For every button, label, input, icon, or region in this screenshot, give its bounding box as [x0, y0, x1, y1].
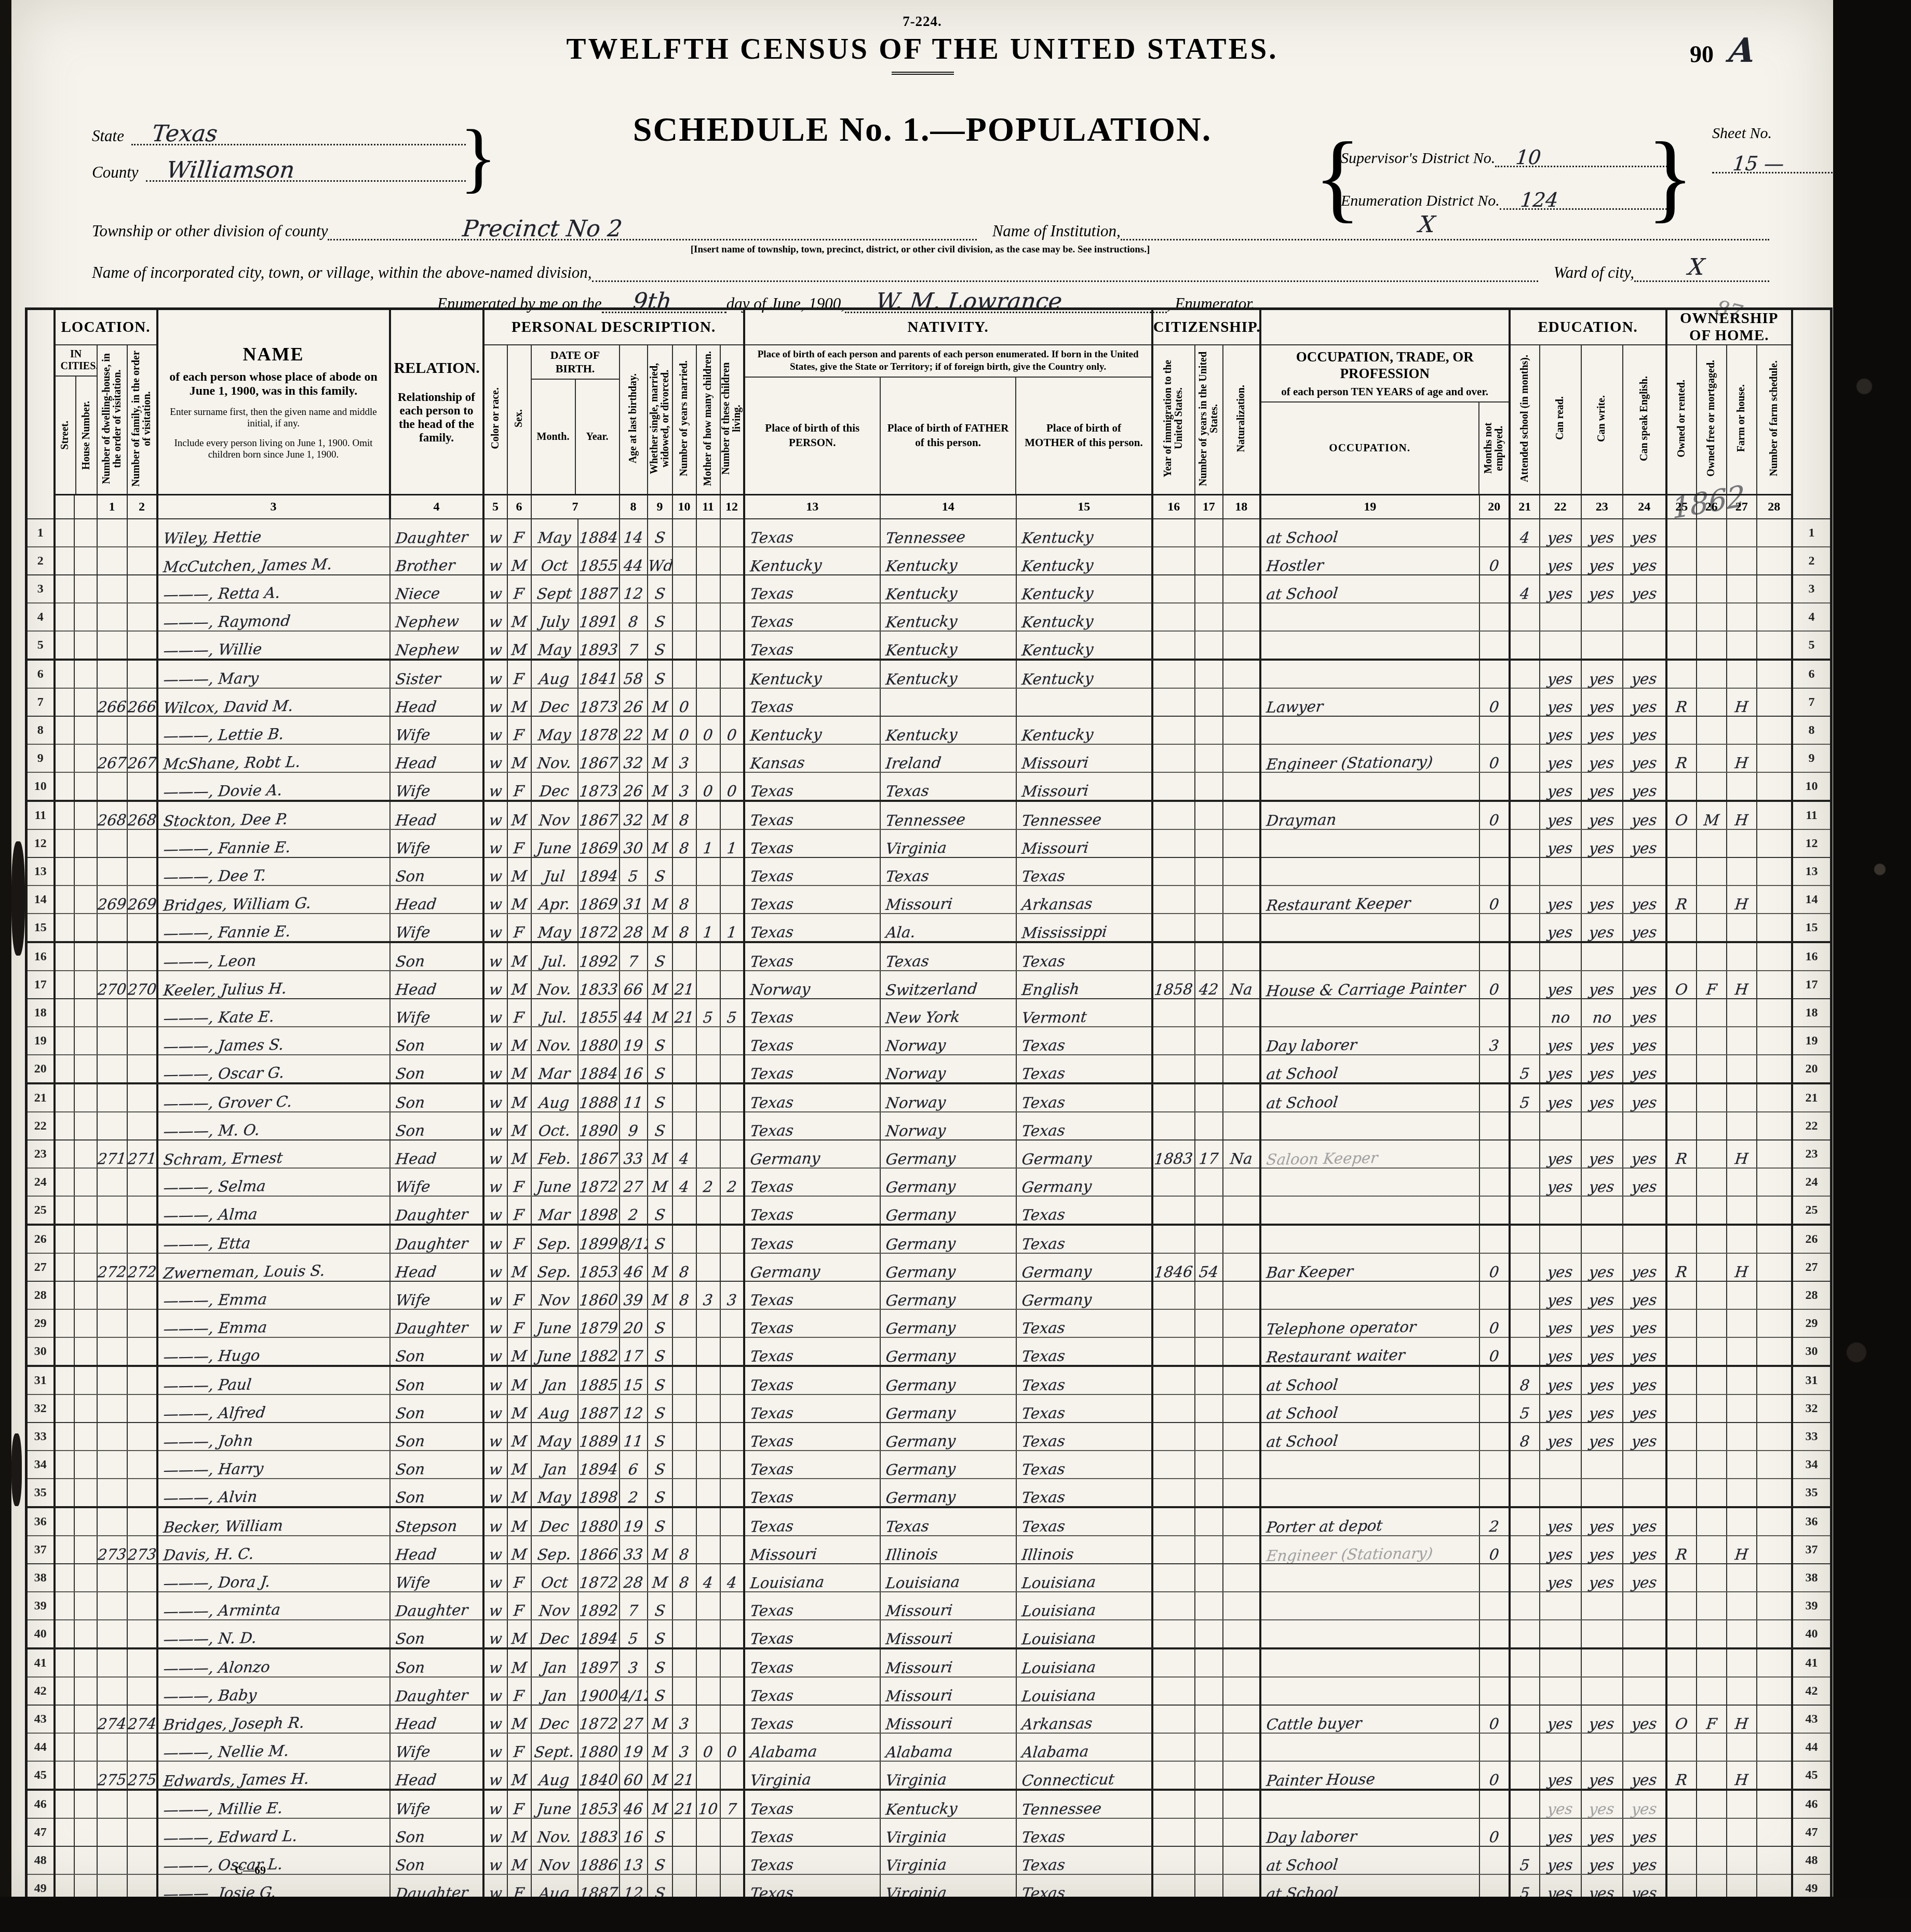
line-number-right: 33	[1792, 1423, 1832, 1451]
cell-pob: Texas	[744, 1648, 880, 1677]
cell-occ	[1260, 914, 1479, 942]
cell-cl	[720, 1253, 744, 1281]
cell-cl	[720, 1592, 744, 1620]
colnum: 28	[1757, 495, 1792, 519]
cell-fh	[1727, 1451, 1757, 1479]
cell-yrs	[1195, 1705, 1223, 1733]
cell-pobm: Connecticut	[1016, 1761, 1152, 1790]
cell-mb	[696, 1648, 720, 1677]
cell-pobm: Louisiana	[1016, 1677, 1152, 1705]
ward-label: Ward of city,	[1538, 263, 1634, 282]
cell-age: 16	[620, 1055, 648, 1083]
cell-occ	[1260, 1620, 1479, 1648]
table-row: 45275275275275Edwards, James H.HeadwMAug…	[26, 1761, 1832, 1790]
cell-fm	[1697, 1790, 1727, 1818]
cell-pobf: Kentucky	[880, 716, 1016, 744]
cell-rel: Wife	[390, 1564, 483, 1592]
group-location: LOCATION.	[55, 309, 157, 345]
cell-en: yes	[1623, 716, 1666, 744]
children-living-label: Number of these children living.	[720, 345, 744, 495]
line-number-left: 38	[26, 1564, 55, 1592]
cell-age: 26	[620, 772, 648, 801]
cell-house	[74, 829, 97, 857]
cell-age: 9	[620, 1112, 648, 1140]
line-number-right: 40	[1792, 1620, 1832, 1648]
cell-fam	[127, 1479, 157, 1507]
cell-bmo: Jul.	[531, 942, 578, 971]
cell-rel: Son	[390, 1027, 483, 1055]
cell-pobm: Missouri	[1016, 744, 1152, 772]
cell-bmo: June	[531, 829, 578, 857]
cell-fam: 273273	[127, 1536, 157, 1564]
cell-nat	[1223, 1846, 1260, 1874]
cell-byr: 1867	[578, 801, 620, 829]
cell-occ: House & Carriage Painter	[1260, 971, 1479, 999]
cell-fm	[1697, 688, 1727, 716]
farm-schedule-label: Number of farm schedule.	[1757, 345, 1792, 495]
line-number-right: 43	[1792, 1705, 1832, 1733]
cell-name: ———, Fannie E.	[157, 829, 390, 857]
cell-fh	[1727, 829, 1757, 857]
enum-district-label: Enumeration District No.	[1341, 192, 1500, 210]
cell-name: Keeler, Julius H.	[157, 971, 390, 999]
cell-sch: 5	[1510, 1055, 1540, 1083]
line-number-right: 24	[1792, 1168, 1832, 1196]
cell-fh	[1727, 772, 1757, 801]
cell-occ: at School	[1260, 1055, 1479, 1083]
cell-own	[1666, 1337, 1697, 1366]
cell-sch	[1510, 1140, 1540, 1168]
cell-fam: 266266	[127, 688, 157, 716]
cell-fh: H	[1727, 744, 1757, 772]
cell-ym: 8	[672, 1536, 696, 1564]
line-number-right: 5	[1792, 631, 1832, 660]
cell-sex: F	[507, 1281, 531, 1309]
line-number-left: 23	[26, 1140, 55, 1168]
cell-en: yes	[1623, 1253, 1666, 1281]
table-row: 13———, Dee T.SonwMJul18945STexasTexasTex…	[26, 857, 1832, 886]
cell-own	[1666, 1055, 1697, 1083]
cell-street	[55, 886, 74, 914]
cell-pob: Texas	[744, 1592, 880, 1620]
cell-mb	[696, 1479, 720, 1507]
cell-wr	[1581, 1479, 1623, 1507]
cell-ym	[672, 1112, 696, 1140]
cell-rd: yes	[1540, 1394, 1581, 1423]
cell-own	[1666, 1112, 1697, 1140]
cell-bmo: Apr.	[531, 886, 578, 914]
cell-wr: yes	[1581, 801, 1623, 829]
cell-cl	[720, 1479, 744, 1507]
cell-bmo: Oct	[531, 1564, 578, 1592]
occupation-cell: OCCUPATION, TRADE, OR PROFESSION of each…	[1260, 345, 1510, 495]
cell-byr: 1878	[578, 716, 620, 744]
cell-age: 2	[620, 1479, 648, 1507]
cell-yrs	[1195, 1366, 1223, 1394]
cell-occ	[1260, 1451, 1479, 1479]
cell-yrs	[1195, 914, 1223, 942]
cell-age: 15	[620, 1366, 648, 1394]
cell-byr: 1853	[578, 1790, 620, 1818]
cell-mb	[696, 1677, 720, 1705]
cell-fam	[127, 1366, 157, 1394]
cell-race: w	[483, 942, 507, 971]
township-label: Township or other division of county	[92, 222, 328, 240]
cell-mar: M	[648, 688, 672, 716]
cell-age: 13	[620, 1846, 648, 1874]
cell-imm	[1152, 1451, 1195, 1479]
cell-cl	[720, 688, 744, 716]
cell-rd: yes	[1540, 886, 1581, 914]
cell-pobm: Texas	[1016, 1846, 1152, 1874]
cell-mb	[696, 1309, 720, 1337]
cell-name: ———, Emma	[157, 1281, 390, 1309]
cell-mb	[696, 1451, 720, 1479]
table-row: 41———, AlonzoSonwMJan18973STexasMissouri…	[26, 1648, 1832, 1677]
cell-fh: H	[1727, 1536, 1757, 1564]
cell-fs	[1757, 1846, 1792, 1874]
table-row: 11268268268268Stockton, Dee P.HeadwMNov1…	[26, 801, 1832, 829]
cell-imm	[1152, 1168, 1195, 1196]
colnum: 10	[672, 495, 696, 519]
cell-rel: Head	[390, 1536, 483, 1564]
cell-street	[55, 1451, 74, 1479]
cell-mne: 0	[1479, 744, 1510, 772]
cell-occ	[1260, 1592, 1479, 1620]
cell-yrs	[1195, 1648, 1223, 1677]
cell-sch	[1510, 942, 1540, 971]
cell-own: R	[1666, 744, 1697, 772]
cell-en: yes	[1623, 547, 1666, 575]
cell-age: 7	[620, 1592, 648, 1620]
cell-rel: Wife	[390, 716, 483, 744]
cell-mne	[1479, 1451, 1510, 1479]
colnum: 4	[390, 495, 483, 519]
cell-pobm: Texas	[1016, 1423, 1152, 1451]
cell-yrs	[1195, 1818, 1223, 1846]
line-number-right: 9	[1792, 744, 1832, 772]
table-row: 23271271271271Schram, ErnestHeadwMFeb.18…	[26, 1140, 1832, 1168]
cell-mne	[1479, 603, 1510, 631]
cell-yrs	[1195, 631, 1223, 660]
cell-street	[55, 1140, 74, 1168]
cell-house	[74, 857, 97, 886]
cell-nat	[1223, 1027, 1260, 1055]
line-number-right: 3	[1792, 575, 1832, 603]
cell-mne	[1479, 1592, 1510, 1620]
cell-mne: 0	[1479, 1761, 1510, 1790]
cell-fh	[1727, 1337, 1757, 1366]
cell-name: ———, Millie E.	[157, 1790, 390, 1818]
cell-name: ———, Raymond	[157, 603, 390, 631]
cell-nat	[1223, 1225, 1260, 1253]
cell-ym	[672, 1677, 696, 1705]
cell-cl: 0	[720, 772, 744, 801]
line-number-right: 37	[1792, 1536, 1832, 1564]
cell-fh	[1727, 631, 1757, 660]
cell-race: w	[483, 1083, 507, 1112]
cell-occ	[1260, 1281, 1479, 1309]
cell-cl	[720, 1507, 744, 1536]
cell-byr: 1880	[578, 1733, 620, 1761]
cell-dw: 268268	[97, 801, 127, 829]
cell-bmo: Sep.	[531, 1253, 578, 1281]
table-row: 40———, N. D.SonwMDec18945STexasMissouriL…	[26, 1620, 1832, 1648]
cell-name: ———, Kate E.	[157, 999, 390, 1027]
cell-fm	[1697, 1479, 1727, 1507]
line-number-left: 22	[26, 1112, 55, 1140]
cell-occ: at School	[1260, 1366, 1479, 1394]
cell-pobm: Missouri	[1016, 772, 1152, 801]
cell-rel: Wife	[390, 829, 483, 857]
cell-mar: S	[648, 519, 672, 547]
cell-rel: Son	[390, 1055, 483, 1083]
cell-pobf: Germany	[880, 1196, 1016, 1225]
cell-yrs	[1195, 1337, 1223, 1366]
township-fill: Precinct No 2	[328, 218, 976, 240]
cell-imm	[1152, 1309, 1195, 1337]
cell-occ: Engineer (Stationary)	[1260, 1536, 1479, 1564]
township-line: Township or other division of county Pre…	[92, 218, 1769, 240]
cell-fm	[1697, 1083, 1727, 1112]
cell-sex: M	[507, 1083, 531, 1112]
table-row: 46———, Millie E.WifewFJune185346M21107Te…	[26, 1790, 1832, 1818]
cell-yrs	[1195, 1112, 1223, 1140]
cell-house	[74, 716, 97, 744]
colnum: 6	[507, 495, 531, 519]
line-number-right: 21	[1792, 1083, 1832, 1112]
cell-bmo: Dec	[531, 688, 578, 716]
cell-pobm: Vermont	[1016, 999, 1152, 1027]
cell-nat	[1223, 1733, 1260, 1761]
cell-own	[1666, 1423, 1697, 1451]
cell-imm	[1152, 1648, 1195, 1677]
scan-edge-left	[0, 0, 11, 1932]
cell-age: 27	[620, 1168, 648, 1196]
cell-nat	[1223, 1423, 1260, 1451]
line-number-right: 18	[1792, 999, 1832, 1027]
cell-race: w	[483, 1027, 507, 1055]
cell-name: ———, James S.	[157, 1027, 390, 1055]
cell-mar: M	[648, 914, 672, 942]
cell-sex: M	[507, 1112, 531, 1140]
cell-en	[1623, 603, 1666, 631]
occupation-label: OCCUPATION.	[1329, 441, 1410, 454]
cell-mb	[696, 1055, 720, 1083]
cell-dw	[97, 1677, 127, 1705]
cell-pob: Texas	[744, 801, 880, 829]
cell-rd	[1540, 1451, 1581, 1479]
cell-pobf: Germany	[880, 1225, 1016, 1253]
cell-rd: yes	[1540, 1536, 1581, 1564]
line-number-left: 42	[26, 1677, 55, 1705]
cell-fs	[1757, 1423, 1792, 1451]
cell-cl	[720, 1366, 744, 1394]
cell-yrs	[1195, 575, 1223, 603]
cell-ym: 4	[672, 1140, 696, 1168]
cell-name: ———, Emma	[157, 1309, 390, 1337]
cell-bmo: June	[531, 1168, 578, 1196]
line-number-right: 10	[1792, 772, 1832, 801]
cell-ym	[672, 1423, 696, 1451]
cell-ym: 8	[672, 1253, 696, 1281]
colnum: 19	[1260, 495, 1479, 519]
cell-race: w	[483, 1705, 507, 1733]
cell-imm	[1152, 1479, 1195, 1507]
cell-sex: F	[507, 1168, 531, 1196]
cell-rel: Wife	[390, 1168, 483, 1196]
cell-mb: 1	[696, 829, 720, 857]
cell-wr	[1581, 631, 1623, 660]
group-relation: RELATION. Relationship of each person to…	[390, 309, 483, 495]
cell-dw	[97, 1309, 127, 1337]
cell-nat	[1223, 857, 1260, 886]
cell-imm: 1883	[1152, 1140, 1195, 1168]
line-number-left: 3	[26, 575, 55, 603]
cell-name: ———, Retta A.	[157, 575, 390, 603]
nativity-cell: Place of birth of each person and parent…	[744, 345, 1152, 495]
cell-pob: Texas	[744, 519, 880, 547]
cell-nat	[1223, 1112, 1260, 1140]
cell-name: ———, M. O.	[157, 1112, 390, 1140]
line-number-right: 45	[1792, 1761, 1832, 1790]
table-row: 20———, Oscar G.SonwMMar188416STexasNorwa…	[26, 1055, 1832, 1083]
colnum: 1	[97, 495, 127, 519]
cell-cl	[720, 886, 744, 914]
cell-fh	[1727, 1168, 1757, 1196]
pob-label: Place of birth of this PERSON.	[751, 421, 873, 450]
cell-imm	[1152, 1337, 1195, 1366]
cell-mb	[696, 1083, 720, 1112]
cell-bmo: Nov.	[531, 1027, 578, 1055]
cell-fs	[1757, 716, 1792, 744]
cell-mne: 0	[1479, 1253, 1510, 1281]
cell-age: 22	[620, 716, 648, 744]
cell-occ: Drayman	[1260, 801, 1479, 829]
cell-house	[74, 1196, 97, 1225]
cell-cl: 7	[720, 1790, 744, 1818]
cell-imm	[1152, 1818, 1195, 1846]
cell-mb	[696, 688, 720, 716]
cell-name: ———, Etta	[157, 1225, 390, 1253]
cell-mne: 3	[1479, 1027, 1510, 1055]
cell-race: w	[483, 716, 507, 744]
cell-house	[74, 1761, 97, 1790]
sheet-label: Sheet No.	[1712, 125, 1837, 142]
cell-pob: Kentucky	[744, 547, 880, 575]
cell-sex: F	[507, 1309, 531, 1337]
cell-mar: M	[648, 1281, 672, 1309]
cell-sch	[1510, 1790, 1540, 1818]
line-number-right: 12	[1792, 829, 1832, 857]
cell-en: yes	[1623, 1423, 1666, 1451]
cell-ym: 21	[672, 1790, 696, 1818]
cell-name: ———, Harry	[157, 1451, 390, 1479]
cell-mne	[1479, 1140, 1510, 1168]
cell-mne: 0	[1479, 1337, 1510, 1366]
cell-fh: H	[1727, 971, 1757, 999]
line-number-right: 16	[1792, 942, 1832, 971]
cell-imm	[1152, 1564, 1195, 1592]
cell-name: ———, Selma	[157, 1168, 390, 1196]
cell-pob: Texas	[744, 688, 880, 716]
month-label: Month.	[537, 431, 570, 443]
colnum: 7	[531, 495, 620, 519]
cell-wr: yes	[1581, 886, 1623, 914]
cell-sex: F	[507, 716, 531, 744]
cell-pob: Texas	[744, 575, 880, 603]
cell-pob: Kansas	[744, 744, 880, 772]
cell-wr	[1581, 1451, 1623, 1479]
cell-rd: yes	[1540, 1705, 1581, 1733]
cell-dw: 273273	[97, 1536, 127, 1564]
cell-wr: yes	[1581, 1507, 1623, 1536]
cell-sch	[1510, 631, 1540, 660]
cell-ym: 21	[672, 971, 696, 999]
cell-fam	[127, 1648, 157, 1677]
cell-pob: Texas	[744, 829, 880, 857]
cell-fh	[1727, 999, 1757, 1027]
cell-ym	[672, 1479, 696, 1507]
table-row: 30———, HugoSonwMJune188217STexasGermanyT…	[26, 1337, 1832, 1366]
cell-mar: S	[648, 1225, 672, 1253]
cell-bmo: Nov.	[531, 971, 578, 999]
cell-house	[74, 801, 97, 829]
cell-dw	[97, 547, 127, 575]
cell-pobm: Texas	[1016, 1451, 1152, 1479]
cell-dw	[97, 1423, 127, 1451]
cell-street	[55, 716, 74, 744]
cell-name: ———, Dee T.	[157, 857, 390, 886]
cell-house	[74, 603, 97, 631]
cell-pobf: Germany	[880, 1309, 1016, 1337]
cell-mar: M	[648, 1790, 672, 1818]
cell-own	[1666, 1648, 1697, 1677]
cell-yrs	[1195, 1225, 1223, 1253]
cell-sch	[1510, 547, 1540, 575]
cell-mar: S	[648, 942, 672, 971]
cell-fh	[1727, 1027, 1757, 1055]
cell-en: yes	[1623, 1846, 1666, 1874]
cell-fm	[1697, 999, 1727, 1027]
sheet-line: 15 —	[1712, 151, 1837, 173]
cell-fh	[1727, 857, 1757, 886]
cell-mar: M	[648, 999, 672, 1027]
colnum: 8	[620, 495, 648, 519]
cell-imm	[1152, 1705, 1195, 1733]
cell-mb	[696, 1112, 720, 1140]
cell-race: w	[483, 1423, 507, 1451]
cell-nat	[1223, 942, 1260, 971]
census-scan-page: { "scan": { "margin_note": "1862", "marg…	[0, 0, 1911, 1932]
cell-en: yes	[1623, 1055, 1666, 1083]
cell-name: ———, Fannie E.	[157, 914, 390, 942]
colnum: 5	[483, 495, 507, 519]
cell-age: 19	[620, 1507, 648, 1536]
cell-ym	[672, 519, 696, 547]
institution-value: X	[1418, 211, 1437, 238]
cell-yrs	[1195, 744, 1223, 772]
line-number-right: 34	[1792, 1451, 1832, 1479]
table-row: 10———, Dovie A.WifewFDec187326M300TexasT…	[26, 772, 1832, 801]
cell-house	[74, 575, 97, 603]
cell-pob: Texas	[744, 1027, 880, 1055]
cell-fam	[127, 942, 157, 971]
table-row: 36Becker, WilliamStepsonwMDec188019STexa…	[26, 1507, 1832, 1536]
cell-nat	[1223, 1761, 1260, 1790]
cell-race: w	[483, 1536, 507, 1564]
cell-bmo: Jul.	[531, 999, 578, 1027]
